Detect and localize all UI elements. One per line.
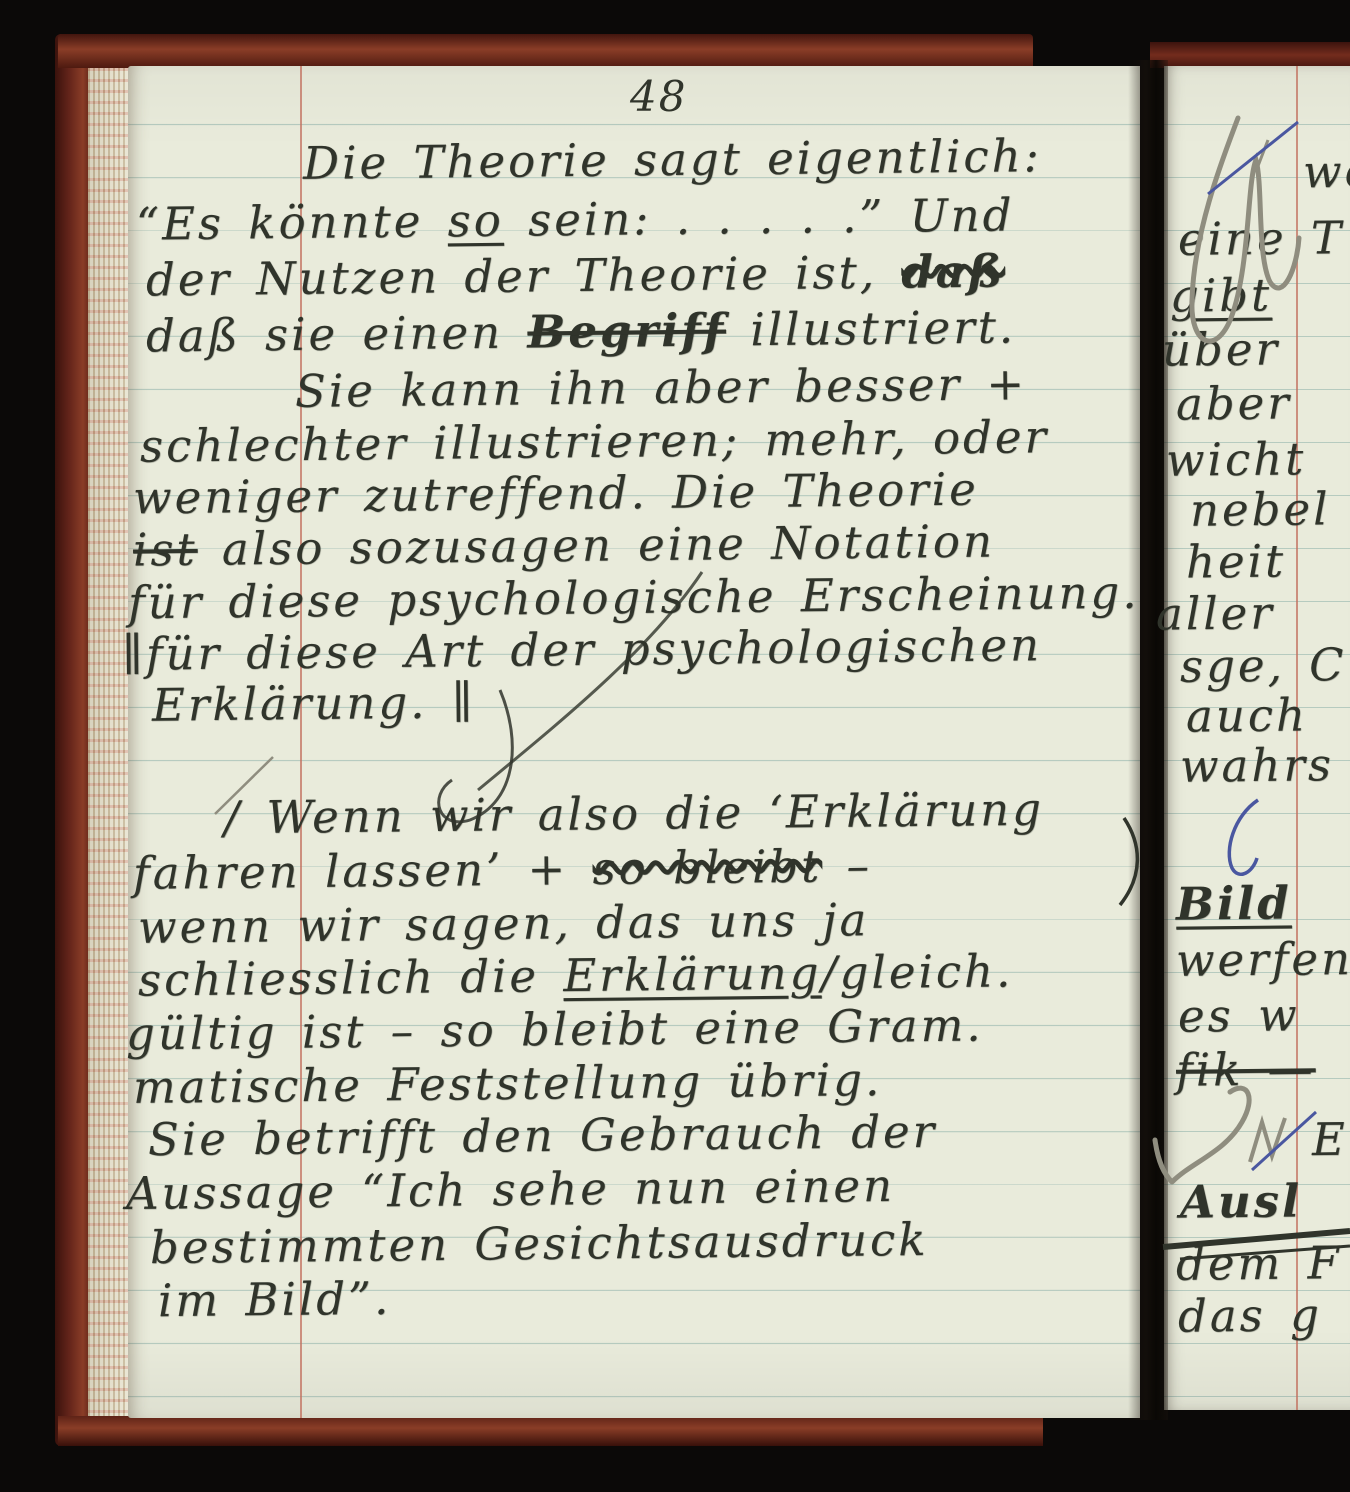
handwriting-line: weniger zutreffend. Die Theorie bbox=[133, 466, 979, 522]
handwriting-line: schliesslich die Erklärung∕gleich. bbox=[138, 947, 1014, 1003]
handwriting-line: Die Theorie sagt eigentlich: bbox=[303, 132, 1042, 187]
handwriting-line: der Nutzen der Theorie ist, daß bbox=[146, 248, 1006, 304]
binding-bottom-edge bbox=[58, 1416, 1043, 1446]
handwriting-line: bestimmten Gesichtsausdruck bbox=[150, 1216, 929, 1271]
binding-top-edge-right bbox=[1150, 42, 1350, 68]
handwriting-line: gültig ist – so bleibt eine Gram. bbox=[126, 1002, 984, 1058]
handwriting-line: daß sie einen Begriff illustriert. bbox=[146, 303, 1017, 359]
handwriting-fragment: gibt bbox=[1170, 271, 1273, 319]
handwriting-line: Sie betrifft den Gebrauch der bbox=[148, 1108, 938, 1164]
handwriting-line: ∥für diese Art der psychologischen bbox=[122, 621, 1042, 678]
handwriting-fragment: Bild bbox=[1176, 879, 1292, 927]
handwriting-fragment: fik — bbox=[1176, 1045, 1316, 1094]
handwriting-line: schlechter illustrieren; mehr, oder bbox=[140, 413, 1049, 470]
handwriting-line: matische Feststellung übrig. bbox=[133, 1056, 883, 1111]
handwriting-line: fahren lassen’ + so bleibt – bbox=[133, 842, 872, 897]
handwriting-fragment: auch bbox=[1186, 691, 1308, 740]
handwriting-fragment: heit bbox=[1186, 537, 1287, 585]
handwriting-line: Aussage “Ich sehe nun einen bbox=[126, 1162, 895, 1217]
handwriting-fragment: aber bbox=[1176, 379, 1292, 427]
handwriting-fragment: dem F bbox=[1176, 1239, 1342, 1288]
page-number: 48 bbox=[630, 72, 687, 121]
handwriting-line: wenn wir sagen, das uns ja bbox=[138, 896, 870, 951]
handwriting-fragment: über bbox=[1162, 325, 1280, 373]
notebook-scan: 48 Die Theorie sagt eigentlich:“Es könnt… bbox=[0, 0, 1350, 1492]
page-edge-stack bbox=[88, 68, 130, 1416]
handwriting-line: Sie kann ihn aber besser + bbox=[295, 360, 1028, 415]
handwriting-fragment: aller bbox=[1156, 589, 1275, 637]
handwriting-fragment: nebel bbox=[1190, 485, 1331, 534]
handwriting-line: im Bild”. bbox=[158, 1275, 392, 1325]
handwriting-fragment: es w bbox=[1178, 991, 1300, 1040]
handwriting-line: ist also sozusagen eine Notation bbox=[133, 517, 995, 573]
handwriting-line: / Wenn wir also die ‘Erklärung bbox=[224, 786, 1044, 842]
handwriting-fragment: das g bbox=[1178, 1291, 1322, 1340]
binding-top-edge bbox=[58, 34, 1033, 68]
handwriting-fragment: wahrs bbox=[1180, 741, 1334, 790]
handwriting-line: Erklärung. ∥ bbox=[152, 678, 476, 729]
handwriting-fragment: we bbox=[1303, 148, 1350, 196]
gutter-shadow bbox=[1128, 60, 1168, 1420]
handwriting-fragment: eine T bbox=[1178, 214, 1344, 263]
handwriting-fragment: Ausl bbox=[1180, 1177, 1303, 1226]
handwriting-fragment: sge, C bbox=[1180, 641, 1347, 690]
handwriting-fragment: E bbox=[1312, 1116, 1348, 1164]
handwriting-fragment: werfen bbox=[1176, 935, 1350, 984]
handwriting-fragment: wicht bbox=[1166, 435, 1307, 484]
handwriting-line: “Es könnte so sein: . . . . .” Und bbox=[136, 191, 1015, 247]
